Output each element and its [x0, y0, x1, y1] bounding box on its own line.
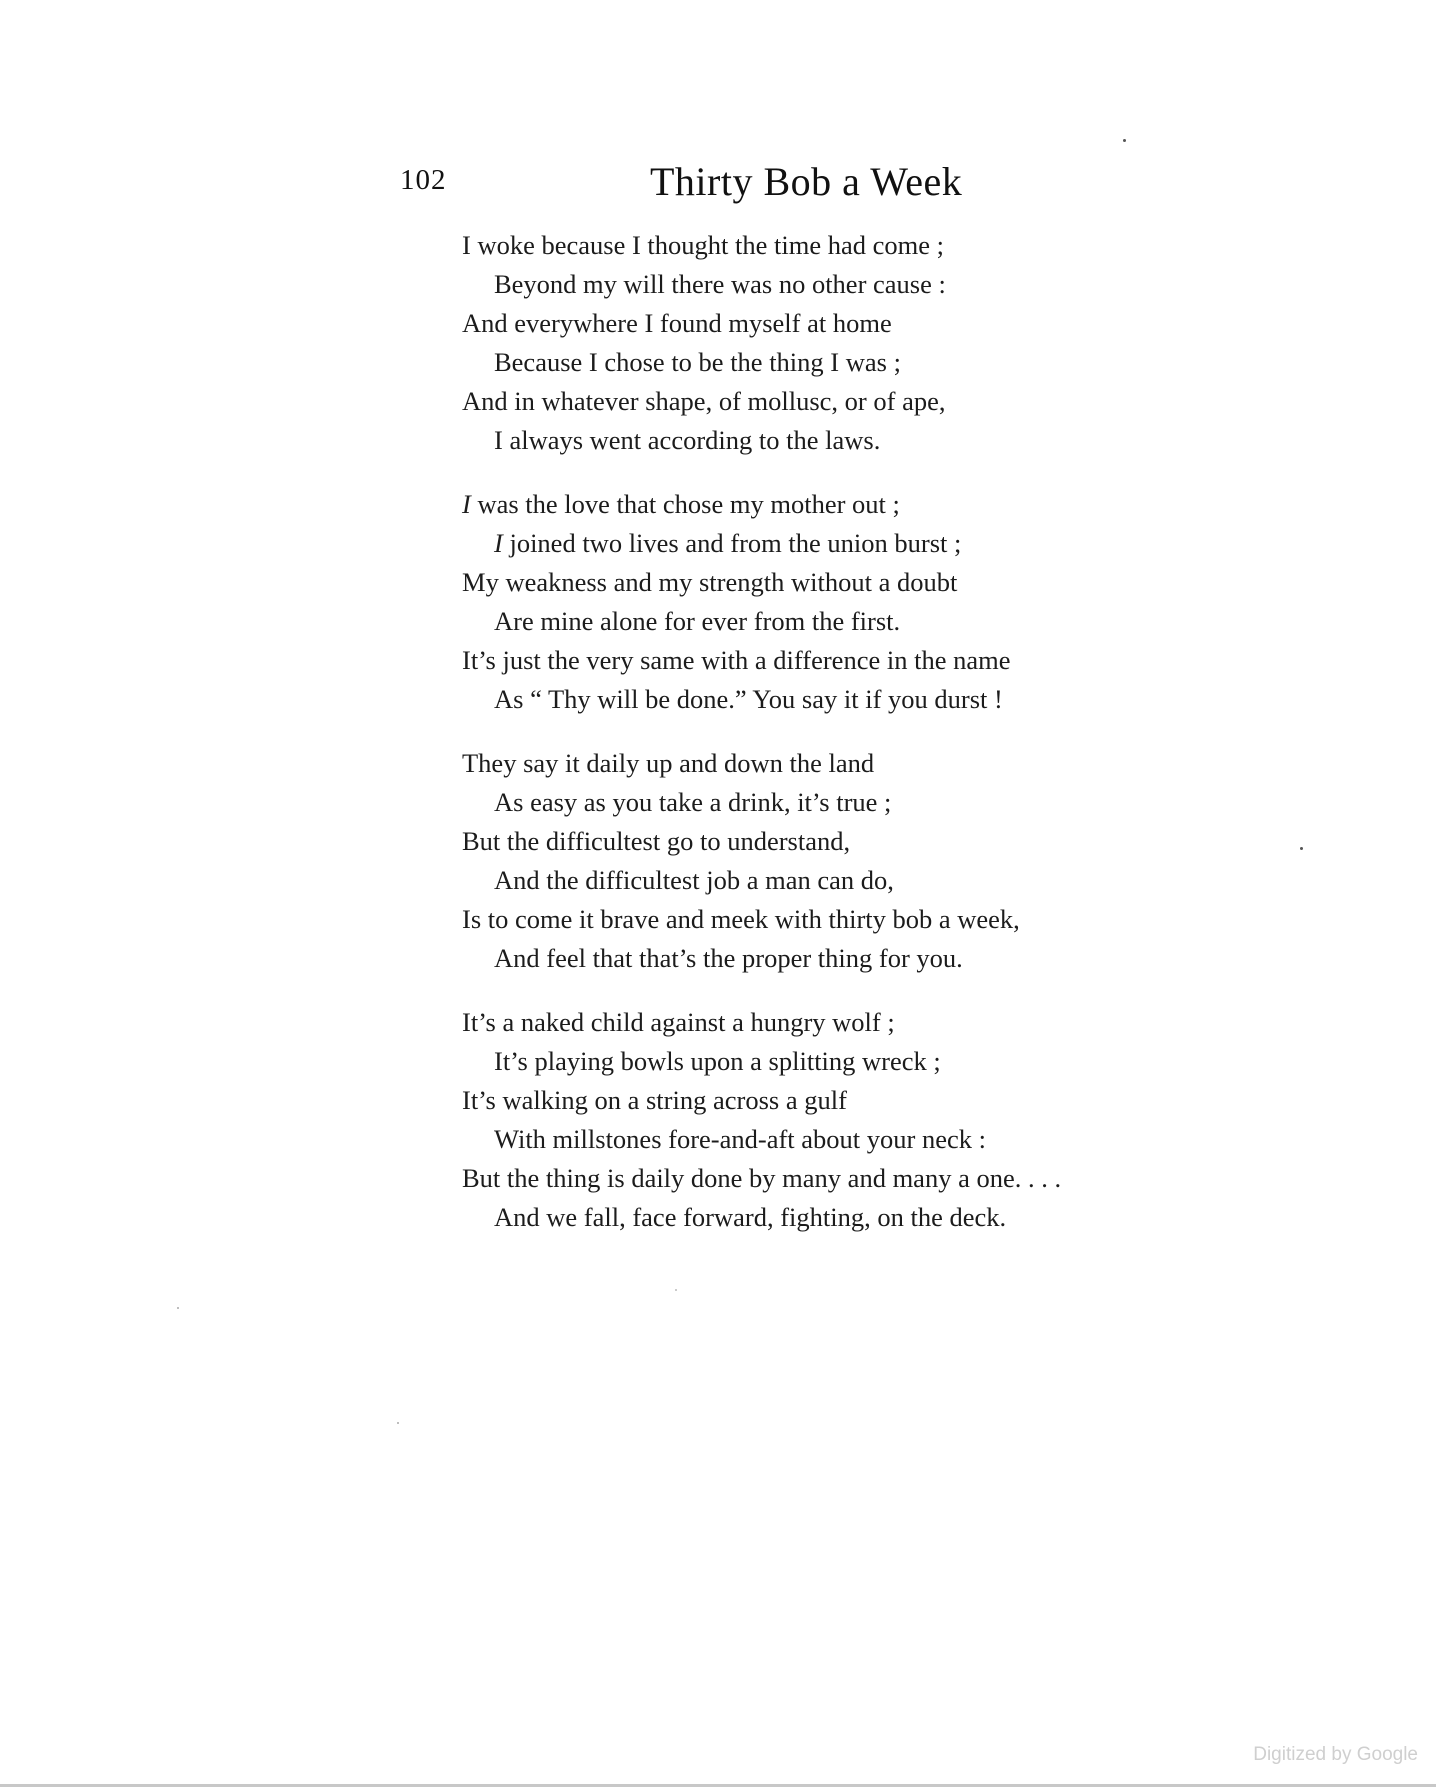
page-header: 102 Thirty Bob a Week: [400, 158, 1100, 208]
poem-line: I woke because I thought the time had co…: [462, 226, 1262, 265]
poem-line: Are mine alone for ever from the first.: [462, 602, 1262, 641]
stanza: It’s a naked child against a hungry wolf…: [462, 1003, 1262, 1237]
poem-line: It’s playing bowls upon a splitting wrec…: [462, 1042, 1262, 1081]
poem-body: I woke because I thought the time had co…: [462, 226, 1262, 1262]
stanza: I woke because I thought the time had co…: [462, 226, 1262, 460]
italic-emphasis: I: [494, 528, 503, 558]
poem-line: And feel that that’s the proper thing fo…: [462, 939, 1262, 978]
scan-speck: [1300, 847, 1303, 850]
poem-line: I was the love that chose my mother out …: [462, 485, 1262, 524]
scan-speck: [397, 1422, 399, 1424]
poem-line: My weakness and my strength without a do…: [462, 563, 1262, 602]
poem-line: I always went according to the laws.: [462, 421, 1262, 460]
poem-line: They say it daily up and down the land: [462, 744, 1262, 783]
poem-line: It’s walking on a string across a gulf: [462, 1081, 1262, 1120]
poem-line: Because I chose to be the thing I was ;: [462, 343, 1262, 382]
poem-line: As easy as you take a drink, it’s true ;: [462, 783, 1262, 822]
poem-line-text: was the love that chose my mother out ;: [471, 489, 900, 519]
poem-line: And we fall, face forward, fighting, on …: [462, 1198, 1262, 1237]
running-title: Thirty Bob a Week: [650, 158, 962, 205]
book-page: 102 Thirty Bob a Week I woke because I t…: [0, 0, 1436, 1787]
poem-line: Beyond my will there was no other cause …: [462, 265, 1262, 304]
poem-line: Is to come it brave and meek with thirty…: [462, 900, 1262, 939]
stanza: I was the love that chose my mother out …: [462, 485, 1262, 719]
poem-line: I joined two lives and from the union bu…: [462, 524, 1262, 563]
stanza: They say it daily up and down the land A…: [462, 744, 1262, 978]
poem-line: But the difficultest go to understand,: [462, 822, 1262, 861]
poem-line: And the difficultest job a man can do,: [462, 861, 1262, 900]
bottom-divider: [0, 1784, 1436, 1787]
poem-line: But the thing is daily done by many and …: [462, 1159, 1262, 1198]
poem-line: It’s just the very same with a differenc…: [462, 641, 1262, 680]
poem-line: With millstones fore-and-aft about your …: [462, 1120, 1262, 1159]
poem-line: It’s a naked child against a hungry wolf…: [462, 1003, 1262, 1042]
scan-speck: [1123, 139, 1126, 142]
digitized-watermark: Digitized by Google: [1253, 1744, 1418, 1766]
scan-speck: [675, 1289, 677, 1291]
page-number: 102: [400, 164, 447, 197]
poem-line: And in whatever shape, of mollusc, or of…: [462, 382, 1262, 421]
scan-speck: [177, 1307, 179, 1309]
poem-line: As “ Thy will be done.” You say it if yo…: [462, 680, 1262, 719]
poem-line-text: joined two lives and from the union burs…: [503, 528, 962, 558]
italic-emphasis: I: [462, 489, 471, 519]
poem-line: And everywhere I found myself at home: [462, 304, 1262, 343]
